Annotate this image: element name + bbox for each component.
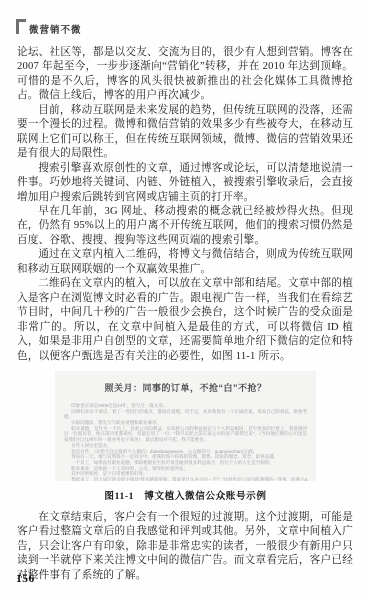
article-title: 照关月：同事的订单，不抢“白”不抢？ bbox=[64, 381, 307, 394]
running-header: 微营销不微 bbox=[16, 19, 82, 36]
book-page: 微营销不微 论坛、社区等，都是以交友、交流为目的，很少有人想到营销。博客在 20… bbox=[0, 0, 368, 600]
body-paragraph: 通过在文章内植入二维码，将博文与微信结合，则成为传统互联网和移动互联网联姻的一个… bbox=[17, 248, 353, 277]
article-text-line: 一个员工，如果没有职业道德，那即便职业生涯可说会碰到很多利益场合，但这个人的人生… bbox=[64, 460, 307, 466]
figure-11-1: 照关月：同事的订单，不抢“白”不抢？ 印象里应该是2005还是14年，曾写过一篇… bbox=[55, 371, 316, 502]
article-text-line: 职业道德，是作为一个员工，首重公司的利益，应该将公司的利益放在与个人利益相同、甚… bbox=[64, 426, 307, 443]
article-text-line: 想起来了，再上届写的介绍主推荐“我先路追的狼，拿成见什么办分白一半？”这时也是公… bbox=[64, 477, 307, 481]
figure-caption: 图11-1 博文植入微信公众账号示例 bbox=[55, 488, 316, 502]
wechat-article-screenshot: 照关月：同事的订单，不抢“白”不抢？ 印象里应该是2005还是14年，曾写过一篇… bbox=[55, 371, 316, 481]
body-paragraph: 目前，移动互联网是未来发展的趋势，但传统互联网的没落，还需要一个漫长的过程。微博… bbox=[17, 104, 353, 162]
page-number: 156 bbox=[16, 573, 35, 585]
body-paragraph: 论坛、社区等，都是以交友、交流为目的，很少有人想到营销。博客在 2007 年起至… bbox=[17, 46, 353, 104]
body-paragraph: 在文章结束后，客户会有一个很短的过渡期。这个过渡期，可能是客户看过整篇文章后的自… bbox=[17, 511, 353, 583]
page-footer: 156 bbox=[16, 569, 35, 587]
body-paragraph: 早在几年前，3G 网址、移动搜索的概念就已经被炒得火热。但现在，仍然有 95%以… bbox=[17, 205, 353, 248]
body-paragraph: 二维码在文章内的植入，可以放在文章中部和结尾。文章中部的植入是客户在浏览博文时必… bbox=[17, 277, 353, 364]
body-paragraph: 搜索引擎喜欢原创性的文章，通过博客或论坛，可以清楚地说清一件事。巧妙地将关键词、… bbox=[17, 162, 353, 205]
article-text-lines: 印象里应该是2005还是14年，曾写过一篇文章。同事们来访不讲话，看了一些同行的… bbox=[64, 403, 307, 481]
page-body: 论坛、社区等，都是以交友、交流为目的，很少有人想到营销。博客在 2007 年起至… bbox=[17, 46, 353, 583]
corner-bracket-icon bbox=[16, 19, 26, 34]
book-title: 微营销不微 bbox=[29, 22, 82, 36]
article-text-line: 同事们来访不讲话，看了一些同行的观点，都没有道理。对于兄，本来我没有一个正确答案… bbox=[64, 409, 307, 420]
